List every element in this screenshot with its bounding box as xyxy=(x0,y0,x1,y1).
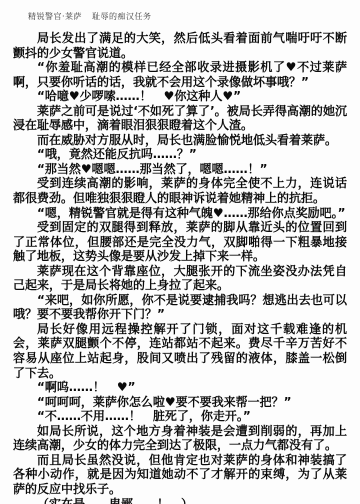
paragraph: 局长好像用远程操控解开了门锁，面对这千载难逢的机会，莱萨双腿颤个不停，连站都站不… xyxy=(13,322,347,380)
paragraph: “那当然♥嗯嗯……那当然了，嗯嗯……！” xyxy=(13,162,347,177)
paragraph: “啊呜……！ ♥” xyxy=(13,380,347,395)
paragraph: 莱萨之前可是说过‘不如死了算了’。被局长弄得高潮的她沉浸在耻辱感中，滴着眼泪狠狠… xyxy=(13,104,347,133)
paragraph: 受到固定的双腿得到释放，莱萨的脚从靠近头的位置回到了正常体位，但腰部还是完全没力… xyxy=(13,220,347,264)
paragraph: 如局长所说，这个地方身着神装是会遭到削弱的，再加上连续高潮，少女的体力完全到达了… xyxy=(13,424,347,453)
paragraph: 受到连续高潮的影响，莱萨的身体完全使不上力，连说话都很费劲。但唯独狠狠瞪人的眼神… xyxy=(13,176,347,205)
running-header-chapter-title: 耻辱的痴汉任务 xyxy=(92,12,152,21)
paragraph: “你羞耻高潮的模样已经全部收录进摄影机了♥不过莱萨啊，只要你听话的话，我就不会用… xyxy=(13,60,347,89)
paragraph: 而且局长虽然没说，但他肯定也对莱萨的身体和神装搞了各种小动作，就是因为知道她动不… xyxy=(13,453,347,497)
paragraph: “哦，竟然还能反抗吗……？” xyxy=(13,147,347,162)
paragraph: “来吧，如你所愿，你不是说要逮捕我吗？想逃出去也可以哦？要不要我帮你开下门？” xyxy=(13,293,347,322)
paragraph: “嗯，精锐警官就是得有这种气魄♥……那给你点奖励吧。” xyxy=(13,206,347,221)
paragraph: “不……不用……！ 脏死了，你走开。” xyxy=(13,409,347,424)
running-header-series-title: 精锐警官·莱萨 xyxy=(28,12,82,21)
running-header: 精锐警官·莱萨耻辱的痴汉任务 xyxy=(28,12,347,22)
paragraph: “呵呵呵，莱萨你怎么啦♥要不要我来帮一把？” xyxy=(13,395,347,410)
paragraph: （实在是……卑鄙……！ ） xyxy=(13,497,347,504)
paragraph: “哈噫♥少啰嗦……！ ♥你这种人♥” xyxy=(13,89,347,104)
paragraph: 莱萨现在这个背靠座位，大腿张开的下流坐姿没办法凭自己起来，于是局长将她的上身拉了… xyxy=(13,264,347,293)
paragraph: 而在威胁对方服从时，局长也满脸愉悦地低头看着莱萨。 xyxy=(13,133,347,148)
novel-body-text: 局长发出了满足的大笑，然后低头看着面前气喘吁吁不断颤抖的少女警官说道。“你羞耻高… xyxy=(13,31,347,504)
paragraph: 局长发出了满足的大笑，然后低头看着面前气喘吁吁不断颤抖的少女警官说道。 xyxy=(13,31,347,60)
novel-page: 精锐警官·莱萨耻辱的痴汉任务 局长发出了满足的大笑，然后低头看着面前气喘吁吁不断… xyxy=(0,0,360,504)
